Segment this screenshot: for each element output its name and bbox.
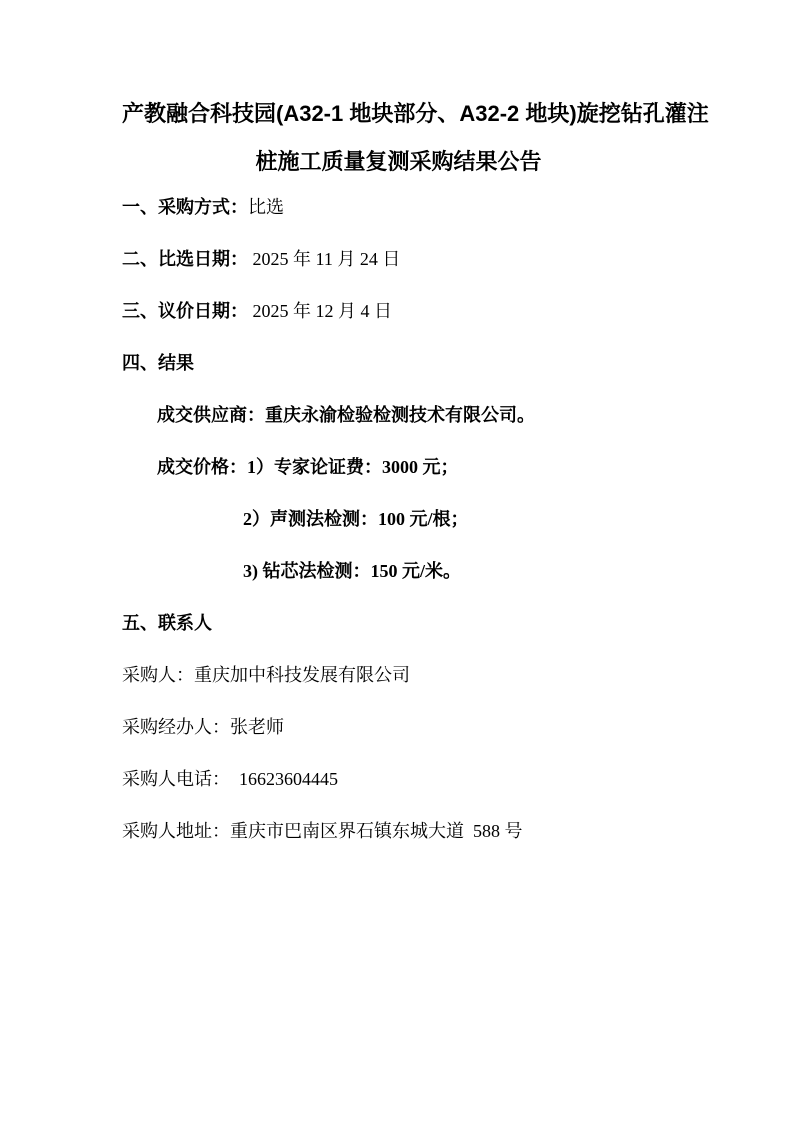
negotiate-date-label: 三、议价日期： (122, 301, 248, 321)
price-label: 成交价格： (157, 457, 247, 477)
document-page: 产教融合科技园(A32-1 地块部分、A32-2 地块)旋挖钻孔灌注 桩施工质量… (0, 0, 793, 1122)
phone-value: 16623604445 (230, 769, 338, 789)
price-item-3: 3) 钻芯法检测：150 元/米。 (243, 561, 461, 581)
price-line-3: 3) 钻芯法检测：150 元/米。 (122, 559, 675, 583)
title-line-1: 产教融合科技园(A32-1 地块部分、A32-2 地块)旋挖钻孔灌注 (122, 90, 675, 138)
agent-line: 采购经办人：张老师 (122, 715, 675, 739)
price-line-1: 成交价格：1）专家论证费：3000 元； (122, 455, 675, 479)
purchaser-label: 采购人： (122, 665, 194, 685)
purchase-method-line: 一、采购方式：比选 (122, 195, 675, 219)
price-item-2: 2）声测法检测：100 元/根； (243, 509, 469, 529)
compare-date-line: 二、比选日期： 2025 年 11 月 24 日 (122, 247, 675, 271)
negotiate-date-value: 2025 年 12 月 4 日 (248, 301, 392, 321)
negotiate-date-line: 三、议价日期： 2025 年 12 月 4 日 (122, 299, 675, 323)
compare-date-label: 二、比选日期： (122, 249, 248, 269)
address-line: 采购人地址：重庆市巴南区界石镇东城大道 588 号 (122, 819, 675, 843)
address-label: 采购人地址： (122, 821, 230, 841)
phone-line: 采购人电话： 16623604445 (122, 767, 675, 791)
price-item-1: 1）专家论证费：3000 元； (247, 457, 459, 477)
supplier-line: 成交供应商：重庆永渝检验检测技术有限公司。 (122, 403, 675, 427)
contact-section-heading: 五、联系人 (122, 611, 675, 635)
purchase-method-label: 一、采购方式： (122, 197, 248, 217)
purchaser-value: 重庆加中科技发展有限公司 (194, 665, 410, 685)
document-title: 产教融合科技园(A32-1 地块部分、A32-2 地块)旋挖钻孔灌注 桩施工质量… (122, 90, 675, 186)
title-line-2: 桩施工质量复测采购结果公告 (122, 138, 675, 186)
result-section-heading: 四、结果 (122, 351, 675, 375)
compare-date-value: 2025 年 11 月 24 日 (248, 249, 400, 269)
phone-label: 采购人电话： (122, 769, 230, 789)
purchase-method-value: 比选 (248, 197, 284, 217)
agent-value: 张老师 (230, 717, 284, 737)
purchaser-line: 采购人：重庆加中科技发展有限公司 (122, 663, 675, 687)
agent-label: 采购经办人： (122, 717, 230, 737)
address-value: 重庆市巴南区界石镇东城大道 588 号 (230, 821, 523, 841)
price-line-2: 2）声测法检测：100 元/根； (122, 507, 675, 531)
